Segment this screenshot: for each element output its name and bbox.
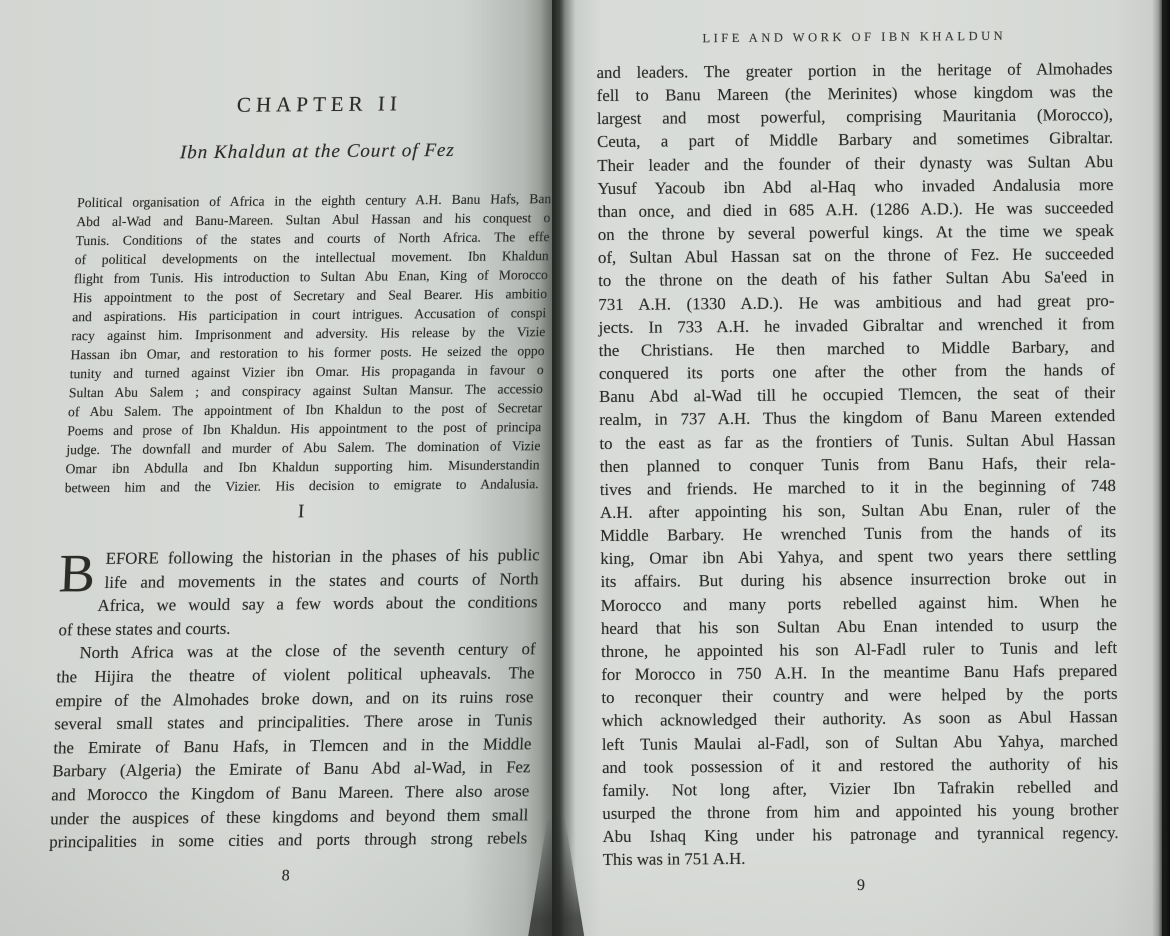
drop-cap: B — [58, 548, 96, 598]
text-line: Abu Ishaq King under his patronage and t… — [602, 821, 1118, 848]
book-gutter-shadow — [540, 0, 576, 936]
paragraph-one-lines: EFORE following the historian in the pha… — [58, 543, 540, 642]
text-line: EFORE following the historian in the pha… — [61, 543, 540, 571]
page-number-right: 9 — [603, 875, 1119, 897]
text-line: its affairs. But during his absence insu… — [600, 566, 1116, 593]
page-number-left: 8 — [47, 865, 524, 887]
running-header: LIFE AND WORK OF IBN KHALDUN — [596, 28, 1112, 47]
open-book-photo: CHAPTER II Ibn Khaldun at the Court of F… — [0, 0, 1170, 936]
text-line: to the throne on the death of his father… — [598, 265, 1114, 292]
text-line: principalities in some cities and ports … — [49, 826, 528, 854]
left-page-content: CHAPTER II Ibn Khaldun at the Court of F… — [47, 0, 552, 887]
text-line: which acknowledged their authority. As s… — [602, 705, 1118, 732]
right-page-content: LIFE AND WORK OF IBN KHALDUN and leaders… — [596, 0, 1119, 897]
right-page-body: and leaders. The greater portion in the … — [596, 57, 1118, 871]
text-line: the Hijira the theatre of violent politi… — [56, 661, 535, 689]
chapter-subtitle: Ibn Khaldun at the Court of Fez — [79, 139, 552, 165]
left-page: CHAPTER II Ibn Khaldun at the Court of F… — [0, 0, 552, 936]
right-page: LIFE AND WORK OF IBN KHALDUN and leaders… — [560, 0, 1162, 936]
section-numeral: I — [63, 499, 540, 525]
text-line: and Morocco the Kingdom of Banu Mareen. … — [51, 779, 530, 807]
text-line: between him and the Vizier. His decision… — [64, 474, 539, 497]
opening-paragraph: B EFORE following the historian in the p… — [58, 543, 540, 642]
text-line: Africa, we would say a few words about t… — [59, 590, 538, 618]
chapter-synopsis: Political organisation of Africa in the … — [64, 189, 551, 497]
paragraph-two-lines: North Africa was at the close of the sev… — [49, 638, 536, 855]
text-line: of these states and courts. — [58, 614, 537, 642]
text-line: This was in 751 A.H. — [603, 844, 1119, 871]
chapter-heading: CHAPTER II — [81, 90, 552, 119]
text-line: realm, in 737 A.H. Thus the kingdom of B… — [599, 404, 1115, 431]
page-edge-shadow — [1152, 0, 1170, 936]
